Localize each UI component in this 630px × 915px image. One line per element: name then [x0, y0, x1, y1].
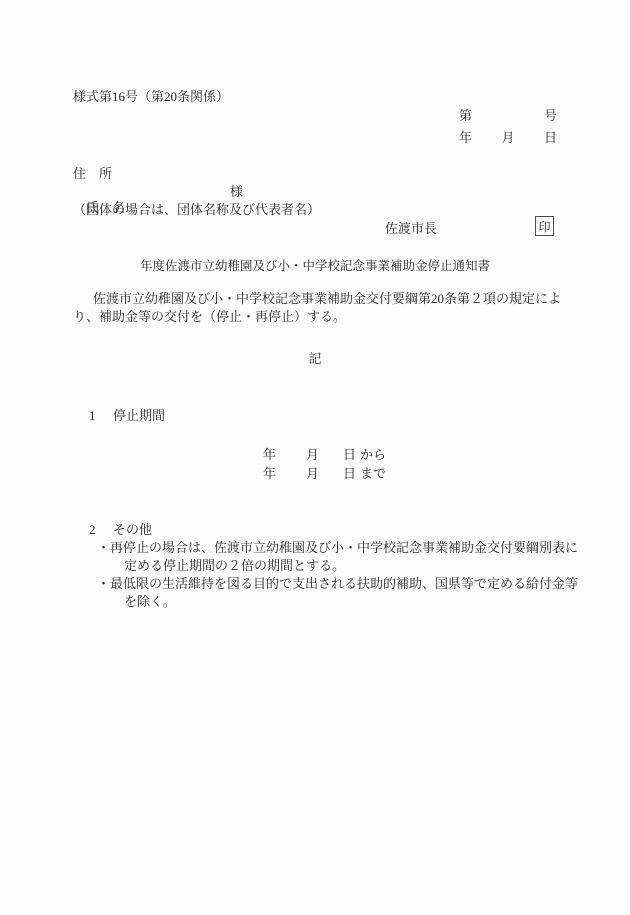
- issuer-title: 佐渡市長: [385, 218, 437, 237]
- form-number: 様式第16号（第20条関係）: [73, 86, 229, 105]
- seal-label: 印: [538, 218, 550, 235]
- document-title: 年度佐渡市立幼稚園及び小・中学校記念事業補助金停止通知書: [0, 256, 630, 274]
- period-to-month-label: 月: [306, 463, 343, 482]
- date-month-label: 月: [501, 127, 514, 146]
- address-label: 住 所: [73, 163, 112, 182]
- body-line-2: り、補助金等の交付を（停止・再停止）する。: [73, 306, 346, 325]
- record-marker: 記: [0, 348, 630, 367]
- period-to-year-label: 年: [263, 463, 306, 482]
- date-line: 年 月 日: [459, 127, 557, 146]
- body-line-1: 佐渡市立幼稚園及び小・中学校記念事業補助金交付要綱第20条第２項の規定によ: [73, 288, 561, 307]
- bullet-1-line-2: 定める停止期間の２倍の期間とする。: [124, 555, 345, 574]
- honorific-label: 様: [230, 181, 243, 200]
- date-year-label: 年: [459, 127, 472, 146]
- section1-heading-label: 停止期間: [113, 408, 165, 423]
- section2-heading-label: その他: [113, 522, 152, 537]
- period-to-suffix: まで: [360, 466, 386, 481]
- bullet-2-line-1: ・最低限の生活維持を図る目的で支出される扶助的補助、国県等で定める給付金等: [97, 573, 578, 592]
- doc-number-suffix: 号: [544, 105, 557, 124]
- section2-number: 2: [89, 522, 113, 538]
- bullet-1-line-1: ・再停止の場合は、佐渡市立幼稚園及び小・中学校記念事業補助金交付要綱別表に: [97, 537, 578, 556]
- section1-heading: 1停止期間: [76, 389, 165, 440]
- period-to-line: 年月日まで: [250, 447, 386, 498]
- section1-number: 1: [89, 408, 113, 424]
- date-day-label: 日: [544, 127, 557, 146]
- seal-box: 印: [535, 216, 554, 236]
- doc-number-prefix: 第: [459, 105, 472, 124]
- period-to-day-label: 日: [343, 463, 360, 482]
- group-note: （団体の場合は、団体名称及び代表者名）: [73, 199, 320, 218]
- document-page: 様式第16号（第20条関係） 第 号 年 月 日 住 所 氏 名 様 （団体の場…: [0, 0, 630, 915]
- bullet-2-line-2: を除く。: [124, 591, 176, 610]
- doc-number-line: 第 号: [459, 105, 557, 124]
